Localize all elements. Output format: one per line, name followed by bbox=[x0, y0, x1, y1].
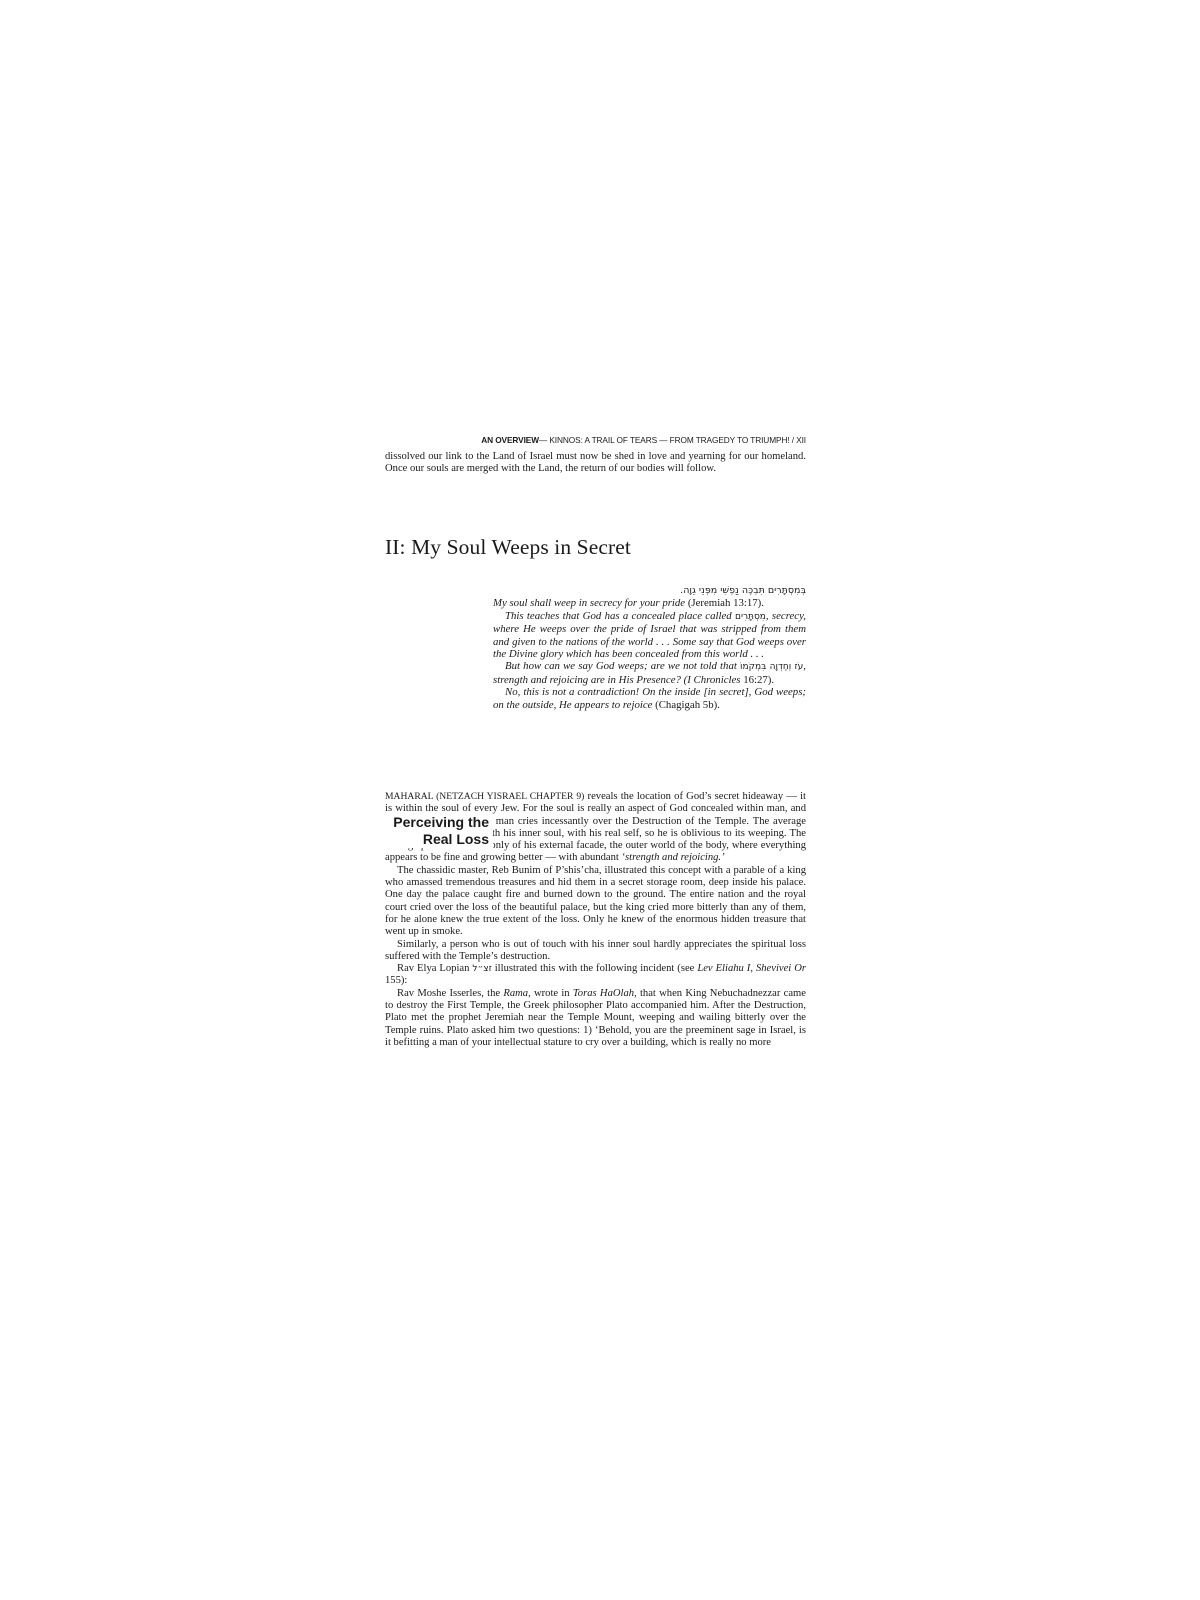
running-head-section: AN OVERVIEW bbox=[481, 435, 539, 445]
side-heading-line-2: Real Loss bbox=[385, 831, 489, 848]
body-paragraph-3: Similarly, a person who is out of touch … bbox=[385, 939, 806, 964]
ep3-reference: (Chagigah 5b). bbox=[655, 699, 720, 711]
body-paragraph-5: Rav Moshe Isserles, the Rama, wrote in T… bbox=[385, 988, 806, 1049]
body-p4-a: Rav Elya Lopian bbox=[397, 963, 472, 974]
translation-text: My soul shall weep in secrecy for your p… bbox=[493, 597, 685, 609]
intro-paragraph: dissolved our link to the Land of Israel… bbox=[385, 451, 806, 476]
body-p4-c: 155): bbox=[385, 975, 407, 986]
ep1-hebrew: מִסְתָּרִים bbox=[735, 612, 766, 622]
epigraph-hebrew-verse: בְּמִסְתָּרִים תִּבְכֶּה נַפְשִׁי מִפְּנ… bbox=[493, 585, 806, 597]
running-head: AN OVERVIEW— KINNOS: A TRAIL OF TEARS — … bbox=[385, 435, 806, 445]
body-p5-a: Rav Moshe Isserles, the bbox=[397, 988, 503, 999]
epigraph-paragraph-2: But how can we say God weeps; are we not… bbox=[493, 660, 806, 686]
side-heading-line-1: Perceiving the bbox=[385, 814, 489, 831]
ep2-reference: 16:27). bbox=[743, 674, 774, 686]
ep2-text-a: But how can we say God weeps; are we not… bbox=[505, 660, 740, 672]
ep2-hebrew: עֹז וְחֶדְוָה בִּמְקֹמוֹ bbox=[740, 662, 803, 672]
intro-paragraph-block: dissolved our link to the Land of Israel… bbox=[385, 451, 806, 476]
body-p1-lead: MAHARAL (NETZACH YISRAEL CHAPTER 9) bbox=[385, 791, 584, 802]
body-p1-emphasis: ‘strength and rejoicing.’ bbox=[622, 852, 725, 863]
side-heading: Perceiving the Real Loss bbox=[385, 814, 493, 848]
running-head-title: — KINNOS: A TRAIL OF TEARS — FROM TRAGED… bbox=[539, 435, 806, 445]
body-paragraph-4: Rav Elya Lopian זצ״ל illustrated this wi… bbox=[385, 963, 806, 988]
epigraph-paragraph-1: This teaches that God has a concealed pl… bbox=[493, 610, 806, 661]
ep3-text-a: No, this is not a contradiction! On the … bbox=[493, 686, 806, 710]
ep1-text-a: This teaches that God has a concealed pl… bbox=[505, 610, 735, 622]
epigraph-translation: My soul shall weep in secrecy for your p… bbox=[493, 597, 806, 609]
body-p4-hebrew: זצ״ל bbox=[472, 964, 491, 974]
epigraph: בְּמִסְתָּרִים תִּבְכֶּה נַפְשִׁי מִפְּנ… bbox=[493, 585, 806, 711]
body-p5-b: , wrote in bbox=[528, 988, 573, 999]
translation-reference: (Jeremiah 13:17). bbox=[688, 597, 764, 609]
body-p4-emphasis: Lev Eliahu I, Shevivei Or bbox=[697, 963, 806, 974]
body-p4-b: illustrated this with the following inci… bbox=[492, 963, 698, 974]
section-title: II: My Soul Weeps in Secret bbox=[385, 535, 631, 560]
body-p5-em1: Rama bbox=[503, 988, 528, 999]
epigraph-paragraph-3: No, this is not a contradiction! On the … bbox=[493, 686, 806, 711]
body-p5-em2: Toras HaOlah bbox=[573, 988, 634, 999]
body-paragraph-2: The chassidic master, Reb Bunim of P’shi… bbox=[385, 865, 806, 939]
